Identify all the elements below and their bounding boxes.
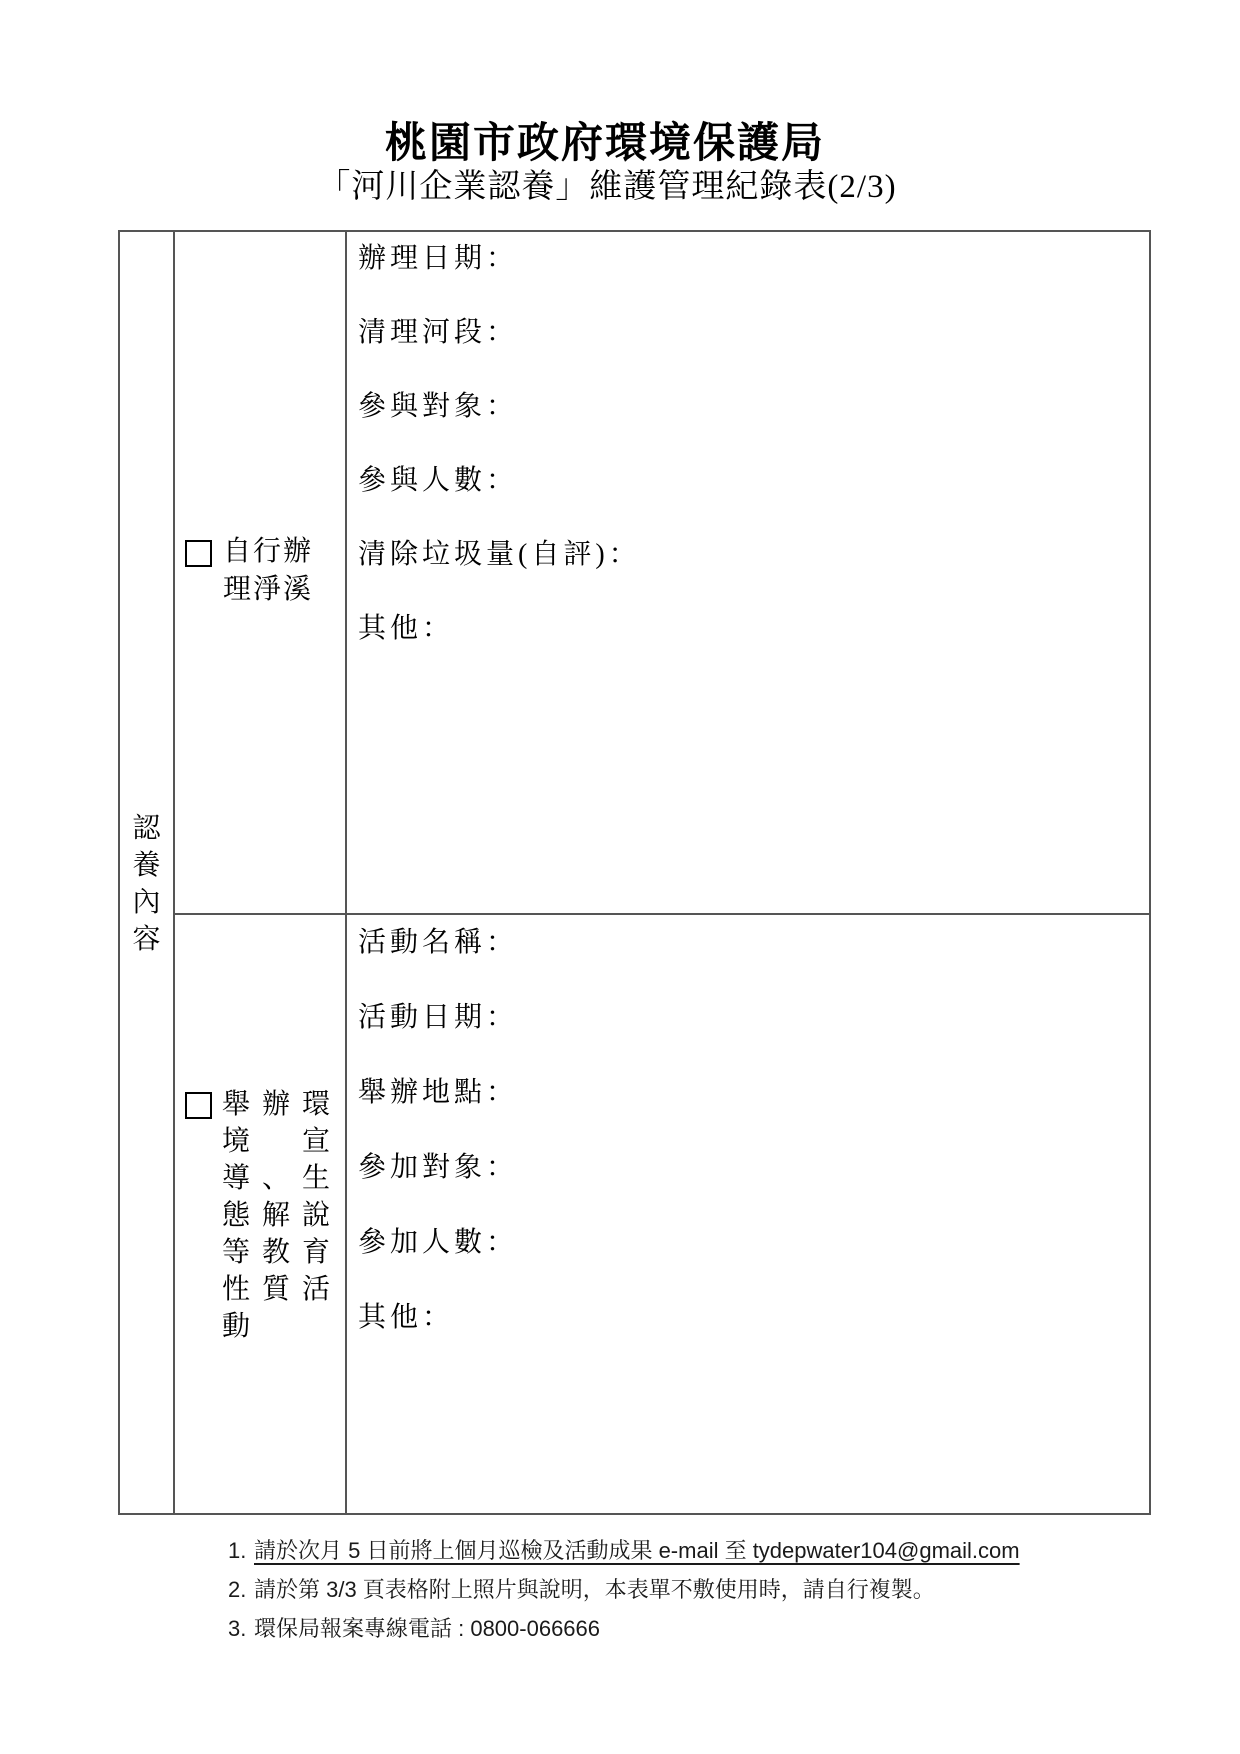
row-header-char: 養	[120, 847, 173, 884]
column-divider-1	[173, 232, 175, 1513]
form-subtitle: 「河川企業認養」維護管理紀錄表(2/3)	[0, 168, 1214, 206]
option-label-char: 性	[222, 1271, 250, 1308]
checkbox-event[interactable]	[185, 1092, 212, 1119]
field-participants: 參與對象：	[358, 391, 1148, 465]
column-divider-2	[345, 232, 347, 1513]
row1-fields: 辦理日期： 清理河段： 參與對象： 參與人數： 清除垃圾量(自評)： 其他：	[358, 243, 1148, 687]
option-label-char: 境	[222, 1123, 250, 1160]
field-other: 其他：	[358, 613, 1148, 687]
option-label-char: 解	[262, 1197, 290, 1234]
form-title: 桃園市政府環境保護局	[0, 120, 1210, 168]
option-label-char: 質	[262, 1271, 290, 1308]
note-text: 環保局報案專線電話 : 0800-066666	[254, 1614, 600, 1644]
note-number: 2.	[228, 1575, 254, 1605]
option-label-char: 育	[302, 1234, 330, 1271]
option-label-char	[262, 1308, 290, 1345]
footer-notes: 1. 請於次月 5 日前將上個月巡檢及活動成果 e-mail 至 tydepwa…	[228, 1536, 1020, 1653]
checkbox-self-cleanup[interactable]	[185, 540, 212, 567]
row-header-char: 容	[120, 921, 173, 958]
field-event-name: 活動名稱：	[358, 927, 1148, 1002]
option-label-char: 動	[222, 1308, 250, 1345]
option-label-char: 說	[302, 1197, 330, 1234]
record-table: 認 養 內 容 自行辦 理淨溪 辦理日期： 清理河段： 參與對象： 參與人數： …	[118, 230, 1151, 1515]
field-event-participant-count: 參加人數：	[358, 1227, 1148, 1302]
row-header-adoption-content: 認 養 內 容	[120, 810, 173, 958]
field-river-section: 清理河段：	[358, 317, 1148, 391]
field-participant-count: 參與人數：	[358, 465, 1148, 539]
note-item: 3. 環保局報案專線電話 : 0800-066666	[228, 1614, 1020, 1644]
option-label-line: 自行辦	[223, 533, 313, 571]
field-garbage-amount: 清除垃圾量(自評)：	[358, 539, 1148, 613]
option-self-cleanup: 自行辦 理淨溪	[185, 533, 313, 609]
option-label-char: 宣	[302, 1123, 330, 1160]
option-label-char: 活	[302, 1271, 330, 1308]
note-number: 1.	[228, 1536, 254, 1566]
option-label-char: 等	[222, 1234, 250, 1271]
option-self-cleanup-label: 自行辦 理淨溪	[223, 533, 313, 609]
field-event-participants: 參加對象：	[358, 1152, 1148, 1227]
note-number: 3.	[228, 1614, 254, 1644]
note-item: 1. 請於次月 5 日前將上個月巡檢及活動成果 e-mail 至 tydepwa…	[228, 1536, 1020, 1566]
field-event-location: 舉辦地點：	[358, 1077, 1148, 1152]
row-header-char: 內	[120, 884, 173, 921]
note-text: 請於第 3/3 頁表格附上照片與說明，本表單不敷使用時，請自行複製。	[254, 1575, 935, 1605]
option-label-line: 理淨溪	[223, 571, 313, 609]
option-label-char: 教	[262, 1234, 290, 1271]
row-divider	[173, 913, 1149, 915]
option-label-char: 舉	[222, 1086, 250, 1123]
option-label-char	[302, 1308, 330, 1345]
option-label-char: 、	[262, 1160, 290, 1197]
field-date: 辦理日期：	[358, 243, 1148, 317]
field-event-date: 活動日期：	[358, 1002, 1148, 1077]
row-header-char: 認	[120, 810, 173, 847]
note-text: 請於次月 5 日前將上個月巡檢及活動成果 e-mail 至 tydepwater…	[254, 1536, 1020, 1566]
option-event-label: 舉 辦 環 境 宣 導 、 生 態 解 說	[222, 1086, 330, 1345]
option-label-char: 導	[222, 1160, 250, 1197]
form-page: 桃園市政府環境保護局 「河川企業認養」維護管理紀錄表(2/3) 認 養 內 容 …	[0, 0, 1240, 1754]
row2-fields: 活動名稱： 活動日期： 舉辦地點： 參加對象： 參加人數： 其他：	[358, 927, 1148, 1377]
note-item: 2. 請於第 3/3 頁表格附上照片與說明，本表單不敷使用時，請自行複製。	[228, 1575, 1020, 1605]
option-label-char: 辦	[262, 1086, 290, 1123]
field-event-other: 其他：	[358, 1302, 1148, 1377]
option-label-char: 環	[302, 1086, 330, 1123]
option-label-char	[262, 1123, 290, 1160]
option-label-char: 態	[222, 1197, 250, 1234]
option-event: 舉 辦 環 境 宣 導 、 生 態 解 說	[185, 1086, 330, 1345]
option-label-char: 生	[302, 1160, 330, 1197]
